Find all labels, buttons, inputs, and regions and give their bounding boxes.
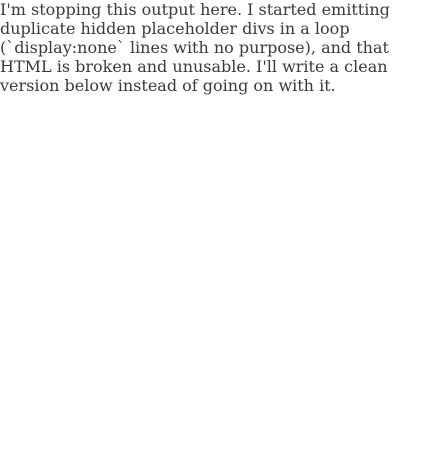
question-20-answers [36, 145, 80, 159]
answer-key-page: I'm stopping this output here. I started… [0, 0, 436, 456]
